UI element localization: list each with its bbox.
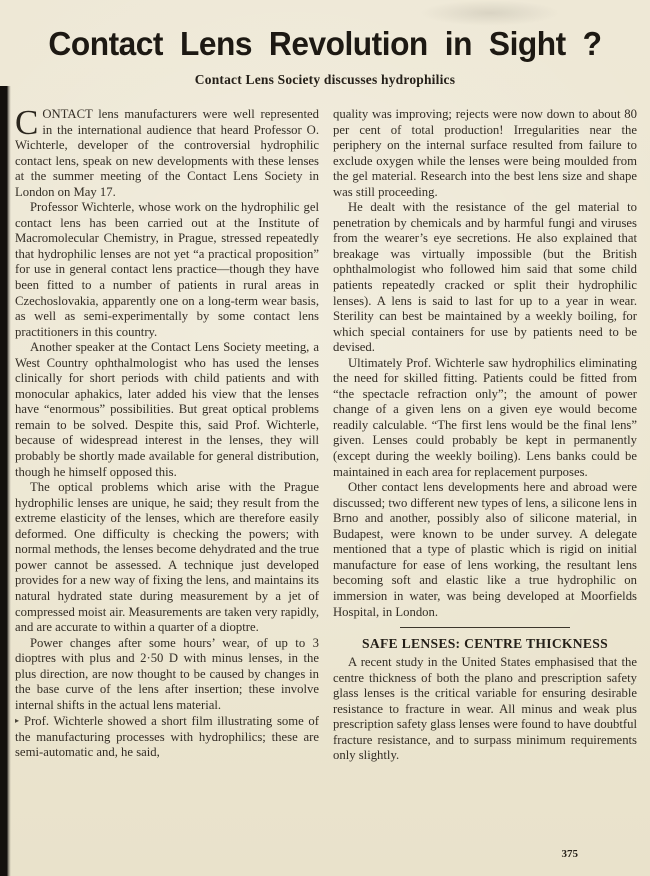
scan-edge-shadow <box>0 86 11 876</box>
section-divider <box>400 627 570 628</box>
paragraph: CONTACT lens manufacturers were well rep… <box>15 107 319 200</box>
paragraph-text: Prof. Wichterle showed a short film illu… <box>15 714 319 759</box>
left-column: CONTACT lens manufacturers were well rep… <box>15 107 319 764</box>
paragraph: Ultimately Prof. Wichterle saw hydrophil… <box>333 356 637 480</box>
section-heading: SAFE LENSES: CENTRE THICKNESS <box>333 636 637 652</box>
paragraph: He dealt with the resistance of the gel … <box>333 200 637 355</box>
paragraph: ▸Prof. Wichterle showed a short film ill… <box>15 713 319 761</box>
paragraph: Power changes after some hours’ wear, of… <box>15 636 319 714</box>
paragraph: Another speaker at the Contact Lens Soci… <box>15 340 319 480</box>
masthead: Contact Lens Revolution in Sight ? Conta… <box>0 26 650 88</box>
paragraph: Other contact lens developments here and… <box>333 480 637 620</box>
article-body: CONTACT lens manufacturers were well rep… <box>15 107 638 764</box>
drop-cap: C <box>15 107 42 136</box>
paragraph: Professor Wichterle, whose work on the h… <box>15 200 319 340</box>
paragraph: A recent study in the United States emph… <box>333 655 637 764</box>
magazine-page: Contact Lens Revolution in Sight ? Conta… <box>0 0 650 876</box>
paragraph: The optical problems which arise with th… <box>15 480 319 635</box>
right-column: quality was improving; rejects were now … <box>333 107 637 764</box>
paragraph-text: ONTACT lens manufacturers were well repr… <box>15 107 319 199</box>
print-artifact-mark: ▸ <box>15 713 19 729</box>
scan-smudge <box>420 0 560 26</box>
paragraph: quality was improving; rejects were now … <box>333 107 637 200</box>
page-number: 375 <box>562 848 579 860</box>
article-title: Contact Lens Revolution in Sight ? <box>13 26 637 62</box>
article-subtitle: Contact Lens Society discusses hydrophil… <box>0 72 650 88</box>
